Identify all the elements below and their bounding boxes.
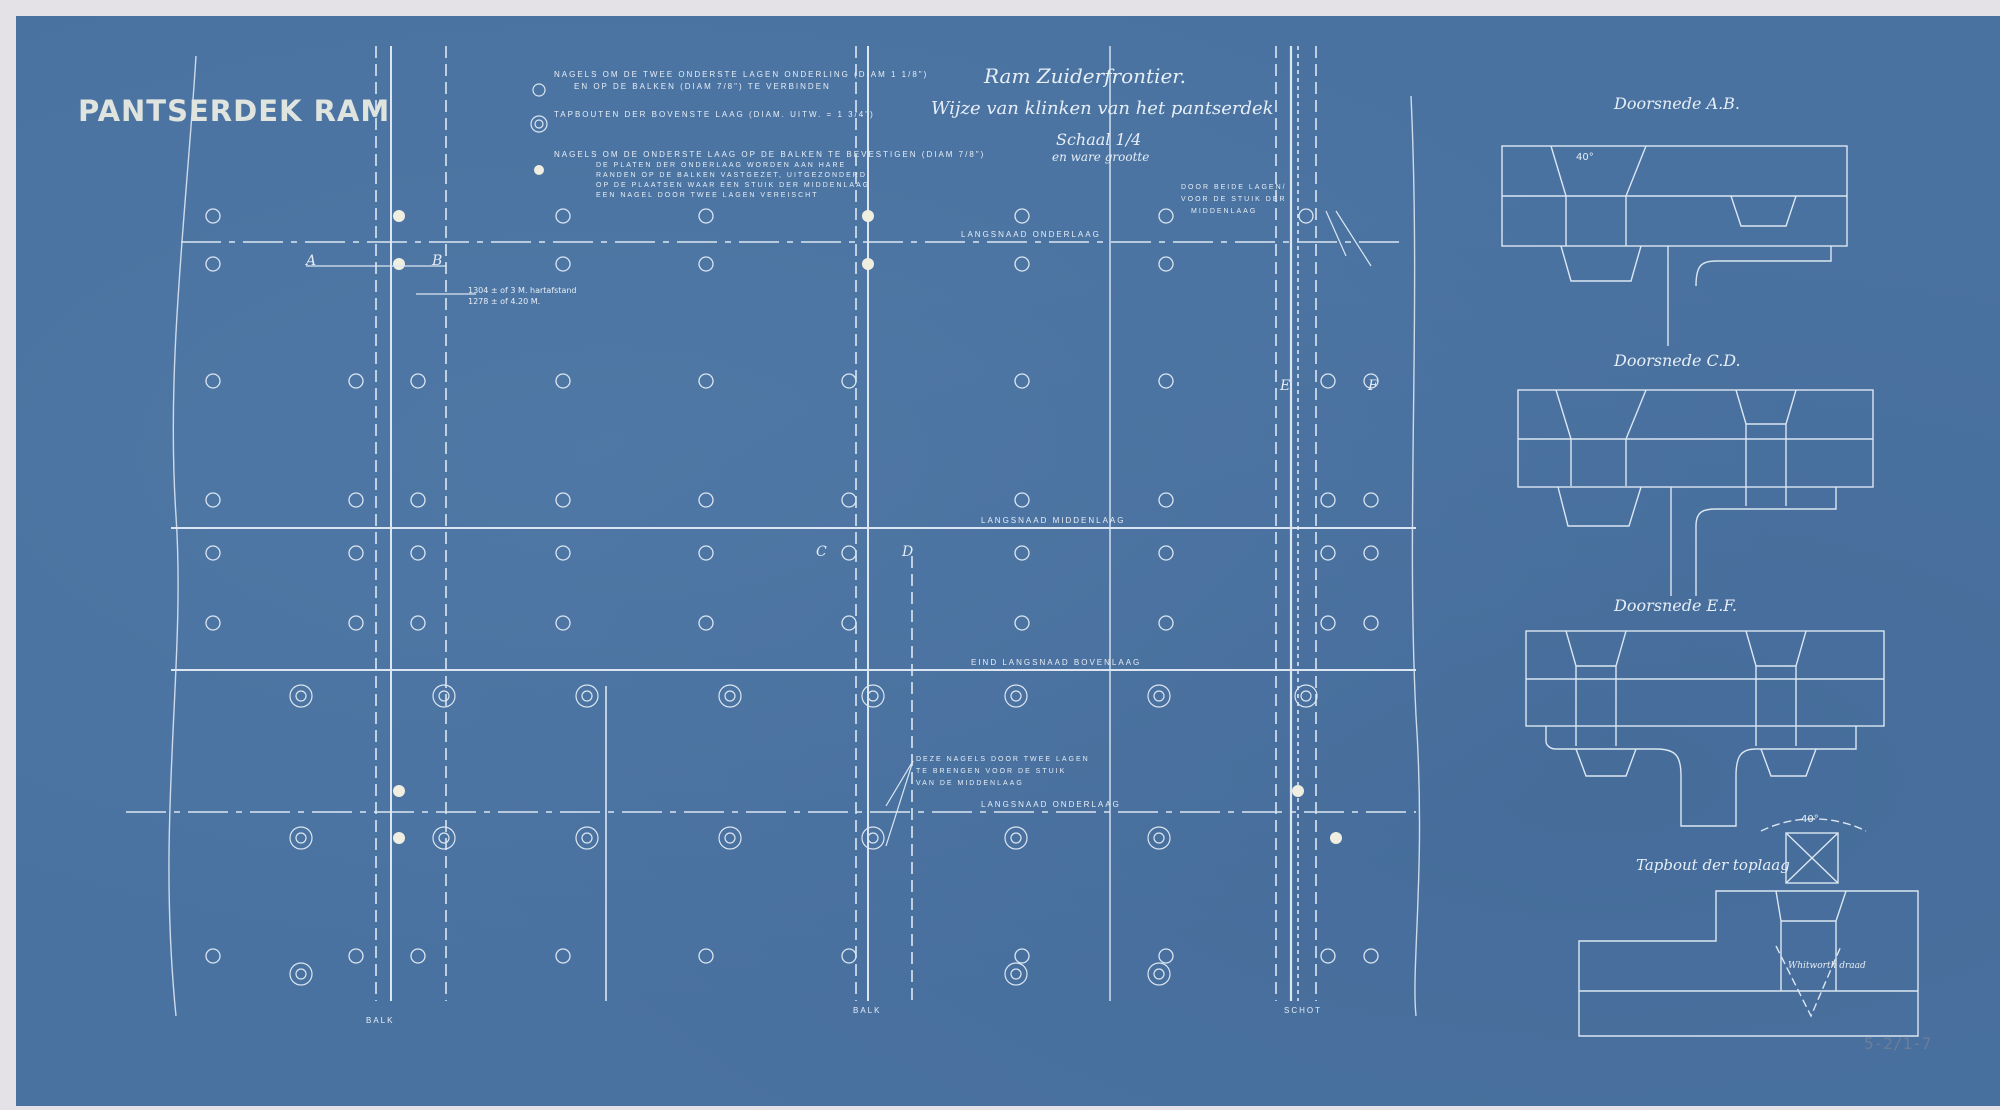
archive-stamp: 5-2/1-7 <box>1864 1034 1931 1053</box>
beam-label: BALK <box>853 1006 881 1015</box>
section-mark-a: A <box>306 253 316 269</box>
legend-note: randen op de balken vastgezet, uitgezond… <box>596 172 867 179</box>
note-top-right: middenlaag <box>1191 208 1257 215</box>
bulkhead-label: SCHOT <box>1284 1006 1322 1015</box>
dimension-note: 1278 ± of 4.20 M. <box>468 297 540 306</box>
section-angle: 40° <box>1576 152 1594 163</box>
section-mark-b: B <box>432 253 442 269</box>
legend-item-1-line2: en op de balken (diam 7/8") te verbinden <box>574 82 831 91</box>
section-title-ef: Doorsnede E.F. <box>1614 596 1737 615</box>
blueprint-sheet: PANTSERDEK RAM Ram Zuiderfrontier. Wijze… <box>16 16 2000 1106</box>
drawing-subtitle: Wijze van klinken van het pantserdek <box>931 98 1274 119</box>
section-mark-f: F <box>1368 378 1378 394</box>
seam-label-bottom: Langsnaad onderlaag <box>981 800 1121 809</box>
legend-note: een nagel door twee lagen vereischt <box>596 192 818 199</box>
note-bottom: te brengen voor de stuik <box>916 768 1066 775</box>
beam-label: BALK <box>366 1016 394 1025</box>
section-mark-d: D <box>902 544 913 560</box>
dimension-note: 1304 ± of 3 M. hartafstand <box>468 286 577 295</box>
legend-item-1-line1: Nagels om de twee onderste lagen onderli… <box>554 70 928 79</box>
legend-note: De platen der onderlaag worden aan hare <box>596 162 846 169</box>
title-stamp: PANTSERDEK RAM <box>78 94 390 128</box>
section-angle: 40° <box>1801 814 1819 825</box>
drawing-title: Ram Zuiderfrontier. <box>984 64 1186 88</box>
note-top-right: voor de stuik der <box>1181 196 1287 203</box>
section-mark-c: C <box>816 544 827 560</box>
seam-label-middle: Langsnaad middenlaag <box>981 516 1125 525</box>
note-bottom: Deze nagels door twee lagen <box>916 756 1090 763</box>
note-bottom: van de middenlaag <box>916 780 1024 787</box>
seam-label-upper: Eind langsnaad bovenlaag <box>971 658 1141 667</box>
section-title-ab: Doorsnede A.B. <box>1614 94 1740 113</box>
section-mark-e: E <box>1280 378 1290 394</box>
legend-note: op de plaatsen waar een stuik der midden… <box>596 182 870 189</box>
section-title-tapbout: Tapbout der toplaag <box>1636 856 1790 874</box>
drawing-scale-note: en ware grootte <box>1052 150 1149 164</box>
section-title-cd: Doorsnede C.D. <box>1614 351 1741 370</box>
plan-drawing <box>16 16 2000 1106</box>
drawing-scale: Schaal 1/4 <box>1056 130 1141 149</box>
legend-item-2: Tapbouten der bovenste laag (diam. uitw.… <box>554 110 875 119</box>
note-top-right: Door beide lagen/ <box>1181 184 1287 191</box>
legend-item-3: Nagels om de onderste laag op de balken … <box>554 150 985 159</box>
thread-note: Whitworth draad <box>1788 961 1866 971</box>
seam-label-top: Langsnaad onderlaag <box>961 230 1101 239</box>
